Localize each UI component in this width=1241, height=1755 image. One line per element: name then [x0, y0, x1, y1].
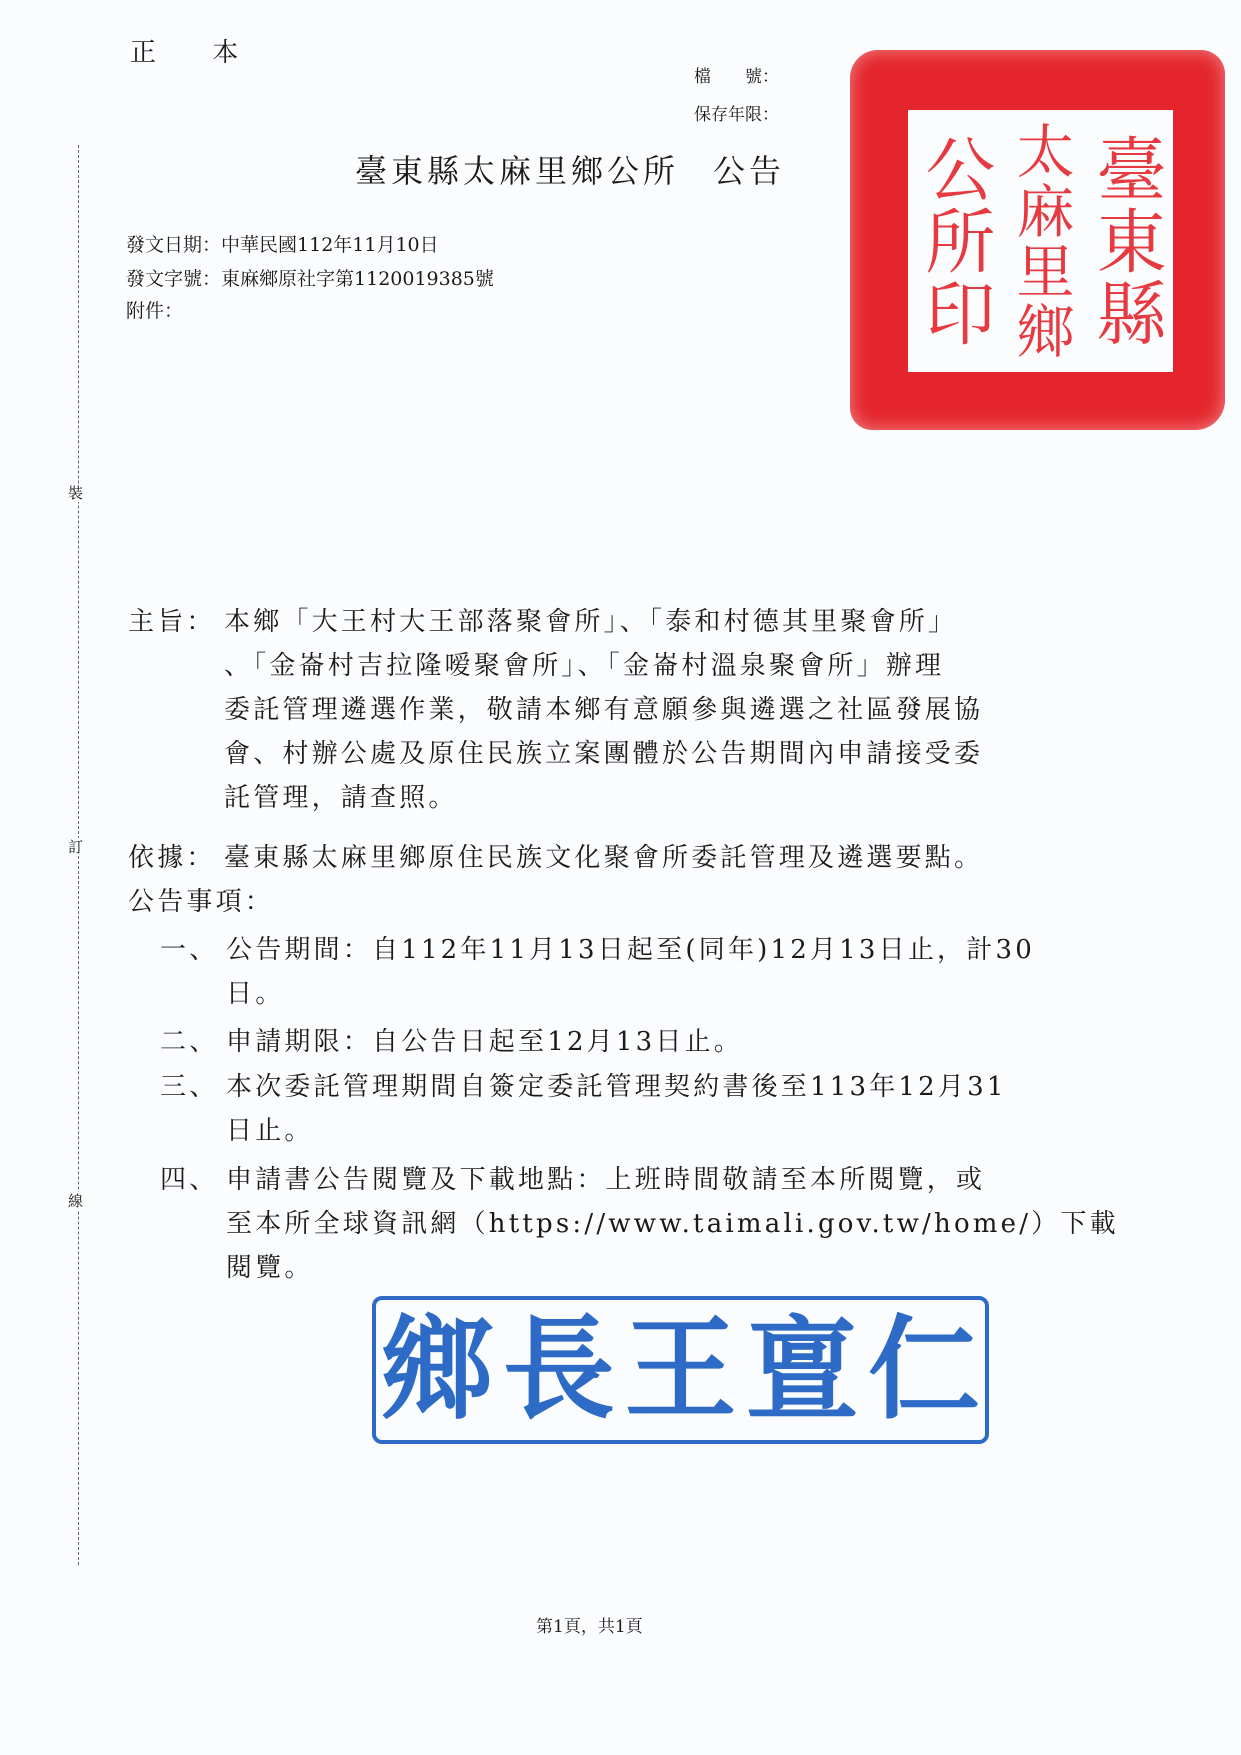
announcement-label: 公告事項：: [128, 887, 274, 917]
file-number-label: 檔 號：: [694, 62, 779, 87]
copy-mark: 正 本: [130, 32, 262, 69]
page-indicator: 第1頁，共1頁: [536, 1612, 643, 1637]
subject-line: 本鄉「大王村大王部落聚會所」、「泰和村德其里聚會所」: [224, 600, 1088, 644]
retention-period-label: 保存年限：: [694, 100, 779, 125]
binding-mark-ding: 訂: [68, 838, 83, 856]
basis-text: 臺東縣太麻里鄉原住民族文化聚會所委託管理及遴選要點。: [224, 836, 1088, 880]
seal-column: 太麻里鄉: [1008, 121, 1072, 361]
item-line: 日。: [226, 972, 1090, 1016]
item-number: 三、: [160, 1065, 218, 1109]
item-line: 本次委託管理期間自簽定委託管理契約書後至113年12月31: [226, 1065, 1090, 1109]
title-organization: 臺東縣太麻里鄉公所: [355, 152, 679, 190]
attachment-label: 附件：: [126, 300, 183, 322]
seal-char: 長: [503, 1305, 615, 1435]
item-line: 公告期間：自112年11月13日起至(同年)12月13日止，計30: [226, 928, 1090, 972]
seal-char: 王: [624, 1305, 736, 1435]
item-line: 申請書公告閱覽及下載地點：上班時間敬請至本所閱覽，或: [226, 1158, 1090, 1202]
page-title: 臺東縣太麻里鄉公所公告: [355, 146, 785, 192]
subject-line: 會、村辦公處及原住民族立案團體於公告期間內申請接受委: [224, 732, 1088, 776]
announcement-item: 三、 本次委託管理期間自簽定委託管理契約書後至113年12月31 日止。: [160, 1065, 1090, 1153]
item-line: 日止。: [226, 1109, 1090, 1153]
announcement-item: 四、 申請書公告閱覽及下載地點：上班時間敬請至本所閱覽，或 至本所全球資訊網（h…: [160, 1158, 1090, 1290]
item-number: 四、: [160, 1158, 218, 1202]
subject-content: 本鄉「大王村大王部落聚會所」、「泰和村德其里聚會所」 、「金崙村吉拉隆嗳聚會所」…: [224, 600, 1088, 820]
issue-date-label: 發文日期：: [126, 234, 221, 256]
subject-line: 委託管理遴選作業，敬請本鄉有意願參與遴選之社區發展協: [224, 688, 1088, 732]
subject-line: 託管理，請查照。: [224, 776, 1088, 820]
item-number: 二、: [160, 1020, 218, 1064]
issue-date-field: 發文日期：中華民國112年11月10日: [126, 230, 439, 257]
doc-number-value: 東麻鄉原社字第1120019385號: [221, 268, 494, 290]
seal-char: 仁: [868, 1305, 980, 1435]
seal-char: 鄉: [381, 1305, 493, 1435]
title-doc-type: 公告: [713, 152, 785, 190]
doc-number-label: 發文字號：: [126, 268, 221, 290]
announcement-item: 一、 公告期間：自112年11月13日起至(同年)12月13日止，計30 日。: [160, 928, 1090, 1016]
item-line-url: 至本所全球資訊網（https://www.taimali.gov.tw/home…: [226, 1202, 1090, 1246]
announcement-item: 二、 申請期限：自公告日起至12月13日止。: [160, 1020, 1090, 1064]
binding-mark-xian: 線: [68, 1192, 83, 1210]
item-line: 申請期限：自公告日起至12月13日止。: [226, 1020, 1090, 1064]
issue-date-value: 中華民國112年11月10日: [221, 234, 439, 256]
item-number: 一、: [160, 928, 218, 972]
basis-section: 依據： 臺東縣太麻里鄉原住民族文化聚會所委託管理及遴選要點。: [128, 836, 1088, 880]
announcement-heading: 公告事項：: [128, 880, 1088, 924]
doc-number-field: 發文字號：東麻鄉原社字第1120019385號: [126, 264, 494, 291]
official-seal-red: 臺東縣 太麻里鄉 公所印: [850, 50, 1225, 430]
subject-section: 主旨： 本鄉「大王村大王部落聚會所」、「泰和村德其里聚會所」 、「金崙村吉拉隆嗳…: [128, 600, 1088, 820]
attachment-field: 附件：: [126, 296, 183, 323]
signature-seal-blue: 鄉 長 王 亶 仁: [372, 1296, 989, 1444]
subject-line: 、「金崙村吉拉隆嗳聚會所」、「金崙村溫泉聚會所」辦理: [224, 644, 1088, 688]
basis-label: 依據：: [128, 836, 216, 880]
seal-char: 亶: [746, 1305, 858, 1435]
item-line: 閱覽。: [226, 1246, 1090, 1290]
seal-column: 公所印: [915, 133, 995, 349]
subject-label: 主旨：: [128, 600, 216, 644]
binding-mark-zhuang: 裝: [68, 484, 83, 502]
seal-column: 臺東縣: [1086, 133, 1166, 349]
